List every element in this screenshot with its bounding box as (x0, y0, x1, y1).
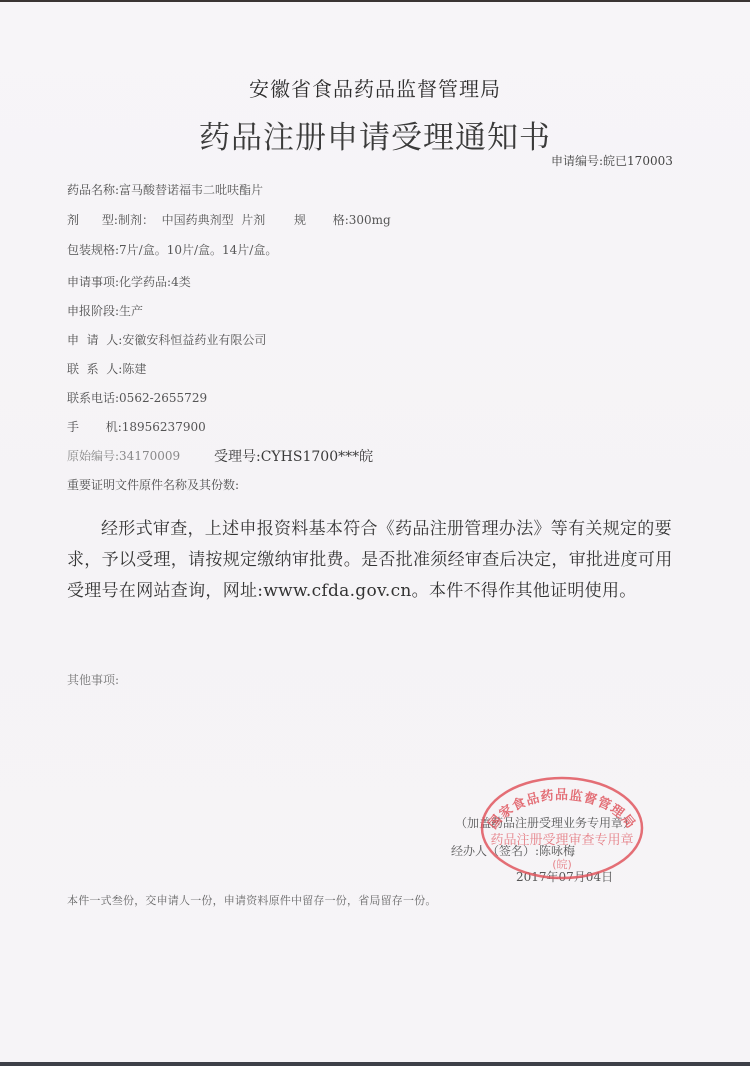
handler-signature: 经办人（签名）:陈咏梅 (451, 842, 575, 859)
field-label: 申请事项: (67, 275, 119, 289)
field-packaging: 包装规格:7片/盒。10片/盒。14片/盒。 (67, 243, 277, 257)
field-stage: 申报阶段:生产 (67, 304, 143, 318)
field-label: 手 机: (67, 420, 122, 434)
field-documents: 重要证明文件原件名称及其份数: (67, 478, 239, 492)
field-label: 剂 型: (67, 213, 118, 227)
field-applicant: 申 请 人:安徽安科恒益药业有限公司 (67, 333, 266, 347)
field-label: 联系电话: (67, 391, 119, 405)
field-phone: 联系电话:0562-2655729 (67, 391, 207, 405)
field-value: 7片/盒。10片/盒。14片/盒。 (119, 243, 277, 257)
field-value: 富马酸替诺福韦二吡呋酯片 (119, 183, 263, 197)
field-label: 申 请 人: (67, 333, 122, 347)
field-label: 重要证明文件原件名称及其份数: (67, 478, 239, 492)
field-label: 申报阶段: (67, 304, 119, 318)
field-value: CYHS1700***皖 (261, 449, 373, 465)
stamp-note: （加盖药品注册受理业务专用章） (455, 814, 635, 831)
other-items-label: 其他事项: (67, 671, 119, 688)
field-drug-name: 药品名称:富马酸替诺福韦二吡呋酯片 (67, 183, 263, 197)
field-value: 34170009 (119, 449, 180, 463)
field-value: 生产 (119, 304, 143, 318)
agency-title: 安徽省食品药品监督管理局 (0, 73, 750, 102)
notice-document: 安徽省食品药品监督管理局 药品注册申请受理通知书 申请编号:皖已170003 药… (0, 2, 750, 1062)
document-title: 药品注册申请受理通知书 (0, 112, 750, 157)
field-acceptance-number: 受理号:CYHS1700***皖 (214, 446, 373, 466)
field-specification: 规 格:300mg (294, 213, 391, 227)
field-value: 18956237900 (122, 420, 206, 434)
field-label: 受理号: (214, 449, 261, 465)
field-contact: 联 系 人:陈建 (67, 362, 146, 376)
field-application-item: 申请事项:化学药品:4类 (67, 275, 191, 289)
field-value: 300mg (349, 213, 391, 227)
field-dosage-form: 剂 型:制剂： 中国药典剂型 片剂 (67, 213, 265, 227)
field-original-number: 原始编号:34170009 (67, 449, 180, 463)
field-value: 化学药品:4类 (119, 275, 191, 289)
field-label: 药品名称: (67, 183, 119, 197)
field-label: 包装规格: (67, 243, 119, 257)
review-paragraph: 经形式审查，上述申报资料基本符合《药品注册管理办法》等有关规定的要求，予以受理，… (67, 514, 687, 607)
field-value: 陈建 (122, 362, 146, 376)
field-label: 联 系 人: (67, 362, 122, 376)
application-number: 申请编号:皖已170003 (551, 152, 673, 169)
footer-note: 本件一式叁份，交申请人一份，申请资料原件中留存一份，省局留存一份。 (67, 892, 437, 908)
field-label: 原始编号: (67, 449, 119, 463)
field-value: 0562-2655729 (119, 391, 207, 405)
issue-date: 2017年07月04日 (516, 868, 613, 885)
scan-edge-bottom (0, 1062, 750, 1066)
field-mobile: 手 机:18956237900 (67, 420, 206, 434)
field-value: 安徽安科恒益药业有限公司 (122, 333, 266, 347)
field-value: 制剂： 中国药典剂型 片剂 (118, 213, 265, 227)
field-label: 规 格: (294, 213, 349, 227)
